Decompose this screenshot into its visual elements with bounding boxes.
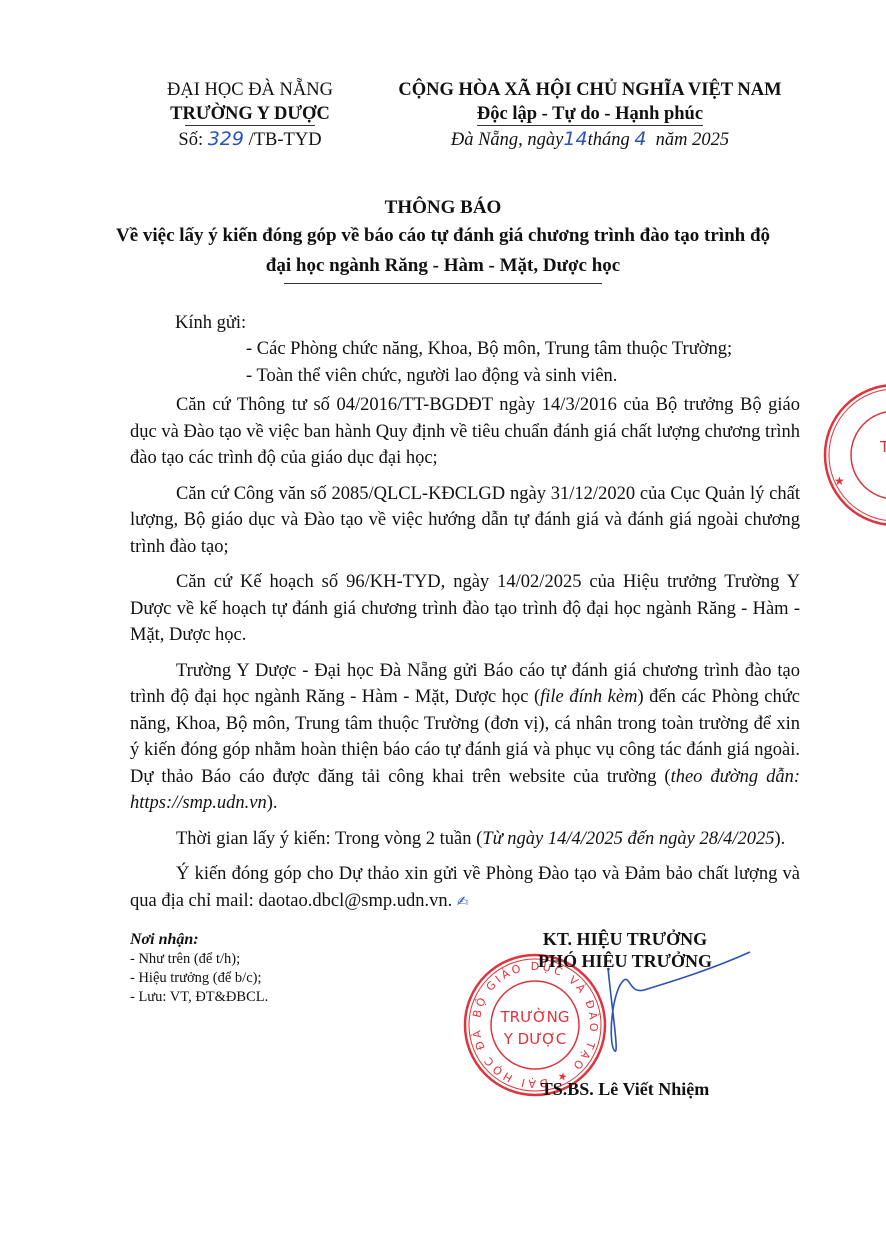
document-number: Số: 329 /TB-TYD <box>150 127 350 152</box>
initials-mark-icon: ✍ <box>457 894 469 910</box>
signer-title-1: KT. HIỆU TRƯỞNG <box>470 928 780 950</box>
number-suffix: /TB-TYD <box>249 130 322 150</box>
partial-seal-icon: TRU Y ★ <box>820 380 886 530</box>
handwritten-signature-icon <box>600 950 760 1070</box>
distribution-item: - Như trên (để t/h); <box>130 950 268 969</box>
nation-name: CỘNG HÒA XÃ HỘI CHỦ NGHĨA VIỆT NAM <box>370 78 810 102</box>
text: . <box>448 891 453 911</box>
svg-text:TRU: TRU <box>879 438 886 456</box>
date-year: năm 2025 <box>656 130 730 150</box>
school-name: TRƯỜNG Y DƯỢC <box>150 102 350 126</box>
handwritten-day: 14 <box>563 128 587 150</box>
link-intro: theo đường dẫn: <box>671 767 800 787</box>
text: Thời gian lấy ý kiến: Trong vòng 2 tuần … <box>176 829 482 849</box>
title-heading: THÔNG BÁO <box>80 195 806 221</box>
document-body: Căn cứ Thông tư số 04/2016/TT-BGDĐT ngày… <box>130 392 800 924</box>
signer-name: TS.BS. Lê Viết Nhiệm <box>470 1078 780 1100</box>
text: ). <box>267 793 278 813</box>
distribution-item: - Hiệu trưởng (để b/c); <box>130 969 268 988</box>
distribution-item: - Lưu: VT, ĐT&ĐBCL. <box>130 988 268 1007</box>
feedback-period-paragraph: Thời gian lấy ý kiến: Trong vòng 2 tuần … <box>130 826 800 853</box>
issuer-header: ĐẠI HỌC ĐÀ NẴNG TRƯỜNG Y DƯỢC Số: 329 /T… <box>150 78 350 152</box>
text: ). <box>774 829 785 849</box>
title-subject-line2: đại học ngành Răng - Hàm - Mặt, Dược học <box>80 251 806 281</box>
basis-paragraph-3: Căn cứ Kế hoạch số 96/KH-TYD, ngày 14/02… <box>130 569 800 649</box>
university-name: ĐẠI HỌC ĐÀ NẴNG <box>150 78 350 102</box>
number-prefix: Số: <box>178 130 203 150</box>
national-header: CỘNG HÒA XÃ HỘI CHỦ NGHĨA VIỆT NAM Độc l… <box>370 78 810 152</box>
basis-paragraph-2: Căn cứ Công văn số 2085/QLCL-KĐCLGD ngày… <box>130 481 800 561</box>
distribution-list: Nơi nhận: - Như trên (để t/h); - Hiệu tr… <box>130 930 268 1007</box>
handwritten-number: 329 <box>208 128 244 150</box>
date-range: Từ ngày 14/4/2025 đến ngày 28/4/2025 <box>482 829 774 849</box>
distribution-heading: Nơi nhận: <box>130 930 268 950</box>
date-prefix: Đà Nẵng, ngày <box>451 130 564 150</box>
title-subject-line1: Về việc lấy ý kiến đóng góp về báo cáo t… <box>80 221 806 251</box>
document-title: THÔNG BÁO Về việc lấy ý kiến đóng góp về… <box>80 195 806 284</box>
svg-text:★: ★ <box>834 474 845 488</box>
basis-paragraph-1: Căn cứ Thông tư số 04/2016/TT-BGDĐT ngày… <box>130 392 800 472</box>
title-underline <box>284 283 602 284</box>
recipients-label: Kính gửi: <box>175 310 246 337</box>
contact-paragraph: Ý kiến đóng góp cho Dự thảo xin gửi về P… <box>130 861 800 915</box>
handwritten-month: 4 <box>634 128 646 150</box>
issue-date: Đà Nẵng, ngày14tháng 4 năm 2025 <box>370 127 810 152</box>
website-link[interactable]: https://smp.udn.vn <box>130 793 267 813</box>
national-motto: Độc lập - Tự do - Hạnh phúc <box>370 102 810 126</box>
main-paragraph: Trường Y Dược - Đại học Đà Nẵng gửi Báo … <box>130 658 800 817</box>
month-label: tháng <box>588 130 630 150</box>
recipient-item: - Các Phòng chức năng, Khoa, Bộ môn, Tru… <box>246 336 732 363</box>
email-link[interactable]: daotao.dbcl@smp.udn.vn <box>258 891 447 911</box>
recipient-item: - Toàn thể viên chức, người lao động và … <box>246 363 617 390</box>
attachment-note: file đính kèm <box>540 687 637 707</box>
